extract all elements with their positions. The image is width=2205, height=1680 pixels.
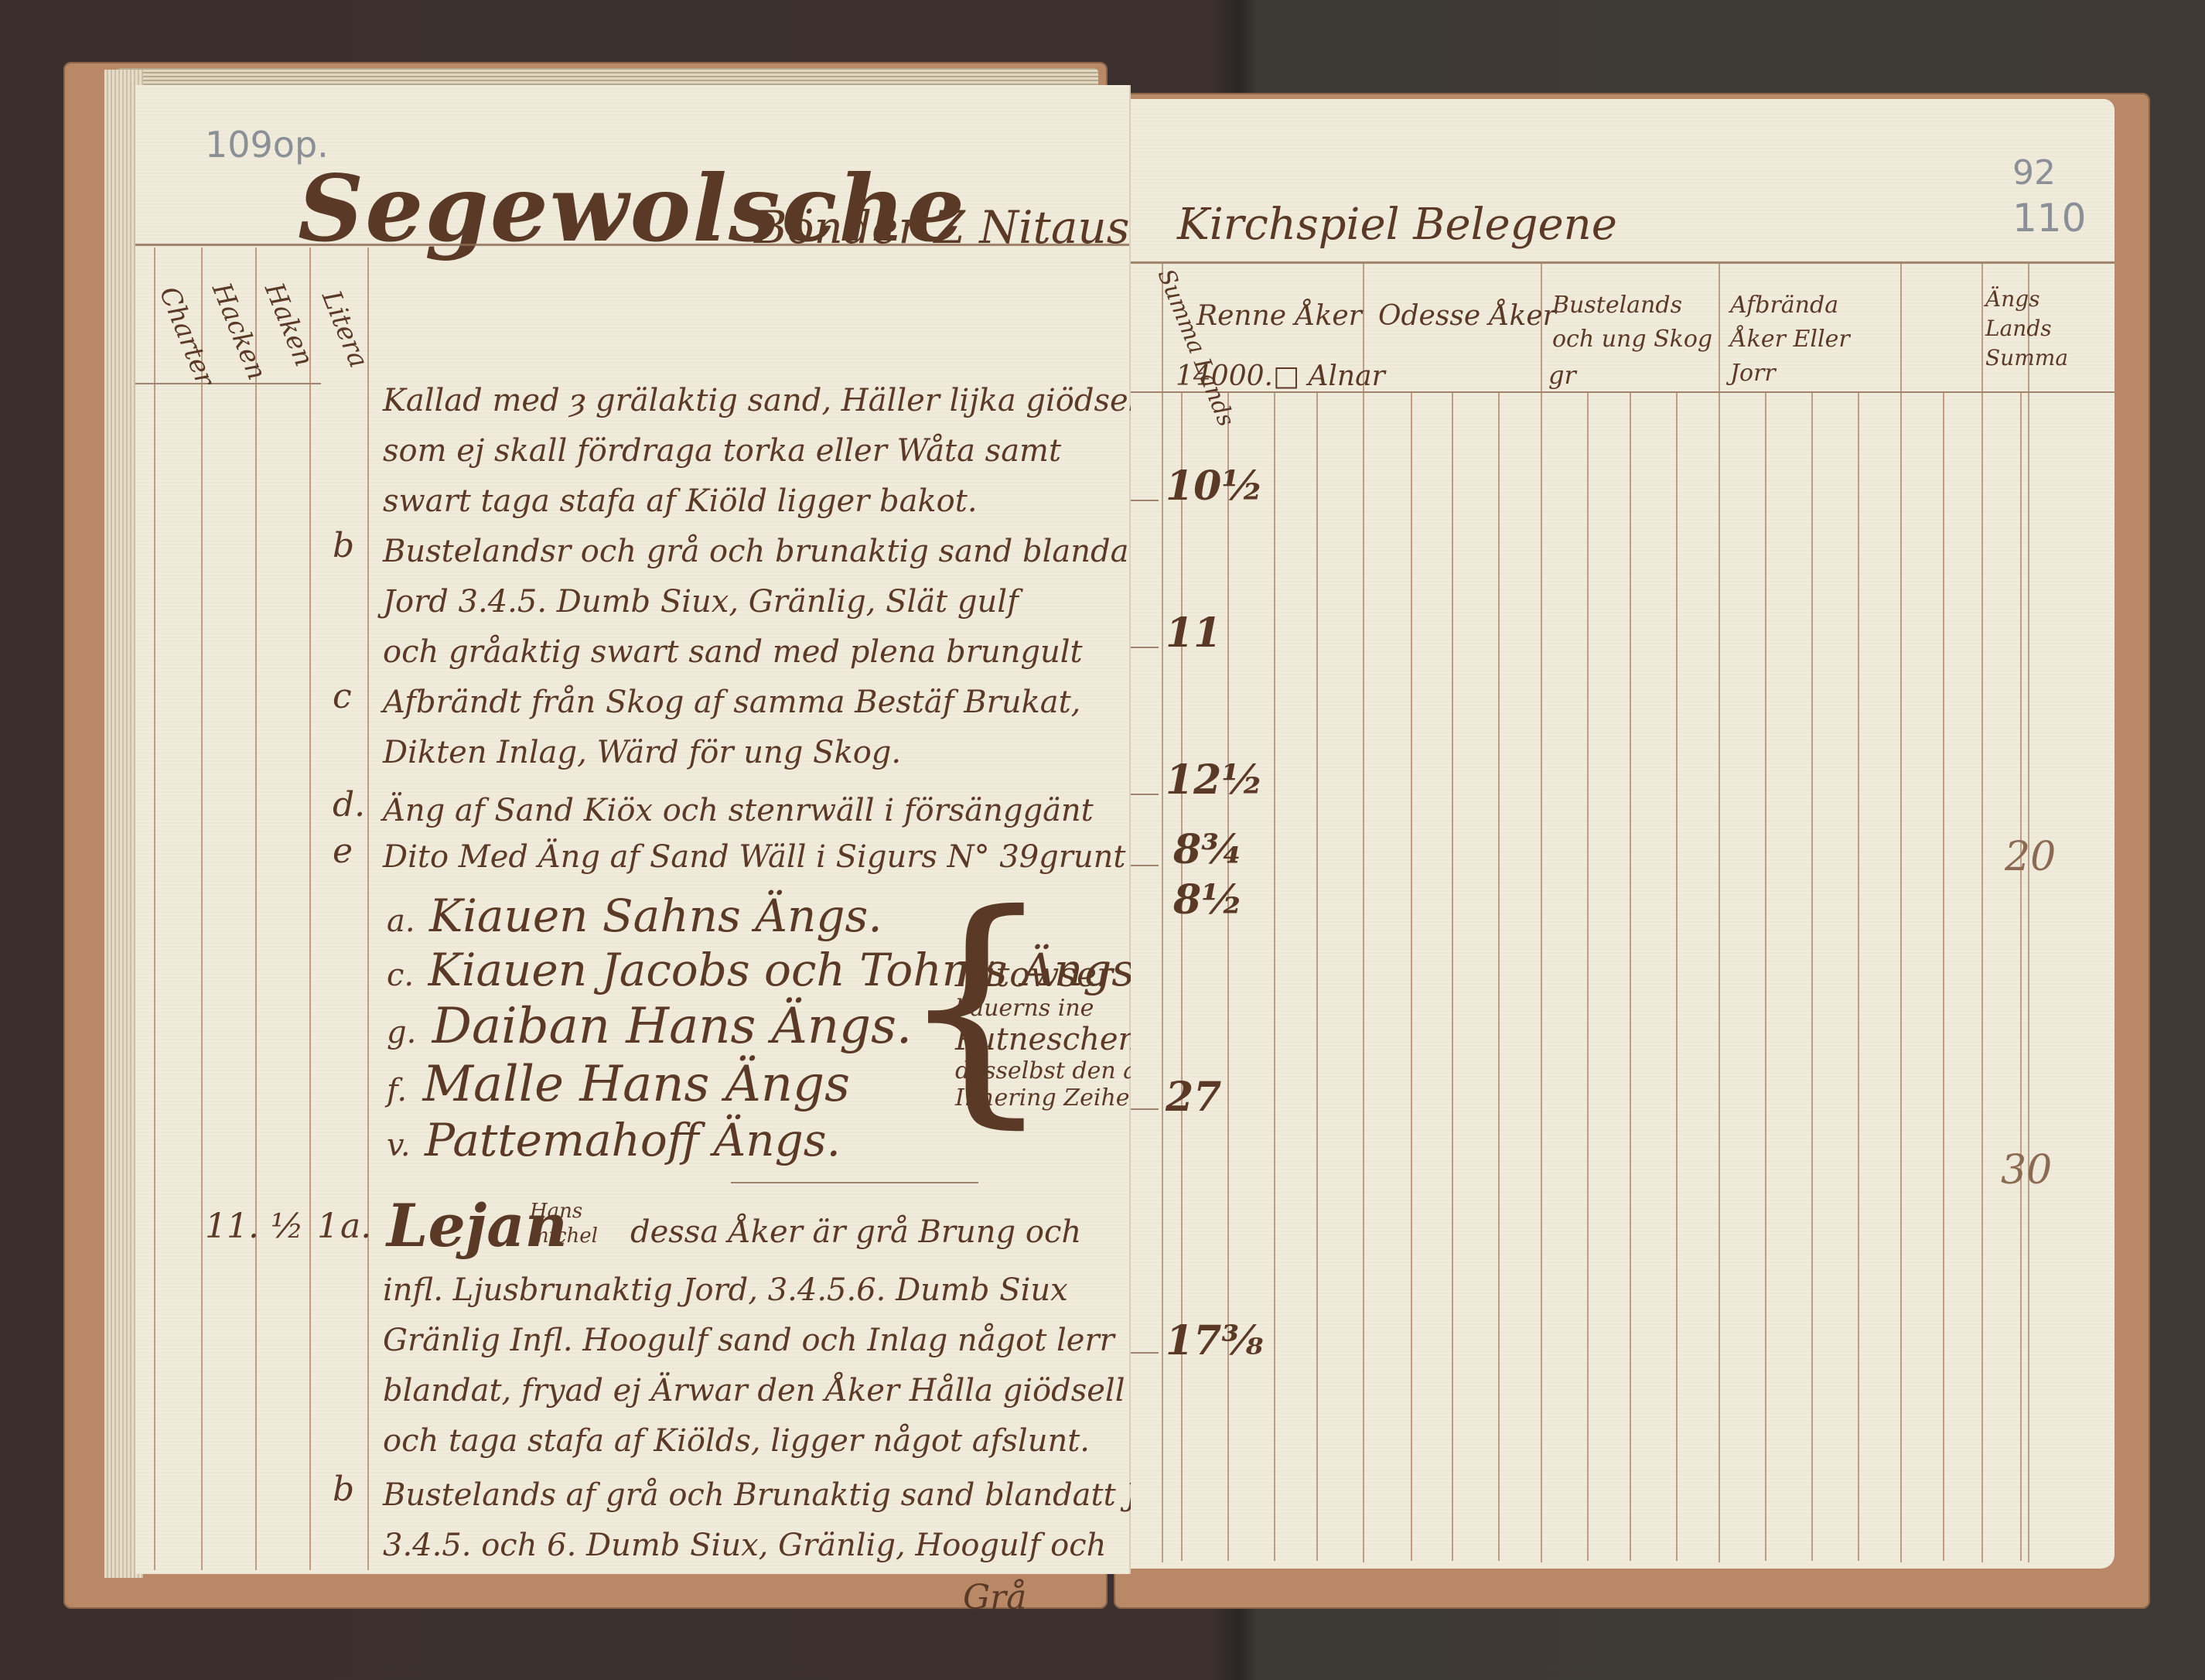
header-rule [1131, 261, 2115, 264]
haken-value: 1 [317, 1207, 339, 1246]
entry-underline [731, 1182, 978, 1183]
pencil-folio-right: 110 [2012, 196, 2086, 241]
column-divider [2020, 393, 2022, 1561]
value-cell: 8½ [1173, 876, 1243, 924]
column-divider [1411, 393, 1412, 1561]
column-divider [1981, 263, 1983, 1562]
entry-line: och taga stafa af Kiölds, ligger något a… [383, 1423, 1090, 1459]
row-tick [1131, 1352, 1159, 1354]
column-divider [1811, 393, 1813, 1561]
entry-line: swart taga stafa af Kiöld ligger bakot. [383, 483, 978, 519]
column-divider [255, 248, 257, 1570]
header-rule [135, 244, 1129, 246]
charter-number: 11. [205, 1207, 259, 1246]
entry-line: som ej skall fördraga torka eller Wåta s… [383, 433, 1061, 469]
column-divider [154, 248, 155, 1570]
column-divider [367, 248, 369, 1570]
column-divider [1765, 393, 1766, 1561]
column-header-litera: Litera [316, 286, 374, 372]
entry-line: 3.4.5. och 6. Dumb Siux, Gränlig, Hoogul… [383, 1528, 1106, 1563]
entry-marker: v. [387, 1128, 411, 1163]
right-page: 92 110 Kirchspiel Belegene Summa Lands R… [1131, 99, 2115, 1569]
left-page: 109op. Segewolsche Bönder Z Nitaus Chart… [135, 85, 1131, 1574]
row-tick [1131, 794, 1159, 795]
column-divider [1316, 393, 1318, 1561]
entry-line: Kiauen Sahns Ängs. [429, 890, 882, 942]
entry-marker: c [333, 677, 352, 716]
column-divider [1227, 393, 1229, 1561]
entry-line: Bustelands af grå och Brunaktig sand bla… [383, 1477, 1191, 1513]
entry-line: Gränlig Infl. Hoogulf sand och Inlag någ… [383, 1323, 1114, 1358]
row-tick [1131, 865, 1159, 866]
meadow-entry: f. Malle Hans Ängs [387, 1056, 850, 1113]
column-header-bustelands: Bustelands och ung Skog [1552, 289, 1715, 357]
entry-marker: a. [387, 903, 415, 939]
column-divider [1452, 393, 1453, 1561]
meadow-value: 30 [2001, 1147, 2052, 1193]
column-divider [1498, 393, 1500, 1561]
column-divider [1587, 393, 1589, 1561]
row-tick [1131, 500, 1159, 501]
column-header-summa-lands: Summa Lands [1152, 265, 1240, 430]
column-header-afbranda: Afbrända Åker Eller Jorr [1730, 289, 1893, 391]
area-unit-note: 14000.□ Alnar [1176, 360, 1385, 392]
column-divider [1858, 393, 1859, 1561]
litera-value: a. [340, 1207, 371, 1246]
entry-line: Bustelandsr och grå och brunaktig sand b… [383, 534, 1142, 569]
entry-line: blandat, fryad ej Ärwar den Åker Hålla g… [383, 1373, 1125, 1409]
entry-marker: f. [387, 1073, 407, 1108]
owner-name: michel [530, 1224, 598, 1248]
column-divider [1162, 263, 1163, 1562]
value-cell: 27 [1166, 1074, 1221, 1121]
column-divider [2028, 263, 2029, 1562]
entry-marker: c. [387, 958, 414, 993]
column-divider [1943, 393, 1944, 1561]
entry-line: Dikten Inlag, Wärd för ung Skog. [383, 735, 901, 770]
entry-line: Afbrändt från Skog af samma Bestäf Bruka… [383, 685, 1080, 720]
entry-marker: g. [387, 1015, 416, 1050]
entry-line: Kallad med ȝ grälaktig sand, Häller lijk… [383, 383, 1148, 418]
meadow-entry: a. Kiauen Sahns Ängs. [387, 890, 882, 942]
entry-marker: b [333, 1470, 354, 1509]
hacken-value: ½ [271, 1207, 304, 1246]
column-divider [1630, 393, 1631, 1561]
value-cell: 8¾ [1173, 826, 1243, 873]
column-divider [1676, 393, 1678, 1561]
entry-line: och gråaktig swart sand med plena brungu… [383, 634, 1083, 670]
row-tick [1131, 1108, 1159, 1110]
owner-name: Hans [530, 1199, 598, 1224]
catchword: Grå [963, 1578, 1026, 1617]
meadow-value: 20 [2005, 834, 2056, 880]
column-divider [309, 248, 311, 1570]
pencil-folio-top: 92 [2012, 153, 2056, 193]
column-divider [1181, 393, 1183, 1561]
holding-owners: Hans michel [530, 1199, 598, 1248]
column-header-renne-aker: Renne Åker [1196, 300, 1362, 332]
entry-line: Äng af Sand Kiöx och stenrwäll i försäng… [383, 793, 1094, 828]
value-cell: 10½ [1166, 463, 1264, 510]
header-note: gr [1548, 360, 1576, 390]
row-tick [1131, 647, 1159, 648]
column-divider [1900, 263, 1902, 1562]
column-divider [1363, 263, 1364, 1562]
value-cell: 11 [1166, 610, 1221, 657]
value-cell: 12½ [1166, 756, 1264, 804]
page-title: Kirchspiel Belegene [1177, 200, 1617, 250]
column-header-angs-lands: Ängs Lands Summa [1985, 285, 2070, 373]
entry-line: Jord 3.4.5. Dumb Siux, Gränlig, Slät gul… [383, 584, 1019, 620]
column-header-odesse-aker: Odesse Åker [1378, 300, 1556, 332]
meadow-entry: v. Pattemahoff Ängs. [387, 1114, 841, 1166]
entry-line: Malle Hans Ängs [422, 1056, 849, 1113]
column-divider [1719, 263, 1720, 1562]
column-divider [201, 248, 203, 1570]
subheader-rule [135, 383, 321, 384]
entry-line: Pattemahoff Ängs. [425, 1114, 841, 1166]
entry-marker: b [333, 526, 354, 565]
entry-line: Daiban Hans Ängs. [432, 998, 913, 1055]
value-cell: 17⅜ [1166, 1317, 1263, 1364]
entry-line: infl. Ljusbrunaktig Jord, 3.4.5.6. Dumb … [383, 1272, 1068, 1308]
entry-marker: d. [333, 785, 365, 825]
column-divider [1274, 393, 1275, 1561]
entry-line: dessa Åker är grå Brung och [630, 1214, 1081, 1250]
column-divider [1541, 263, 1542, 1562]
entry-marker: e [333, 831, 353, 871]
meadow-entry: g. Daiban Hans Ängs. [387, 998, 912, 1055]
